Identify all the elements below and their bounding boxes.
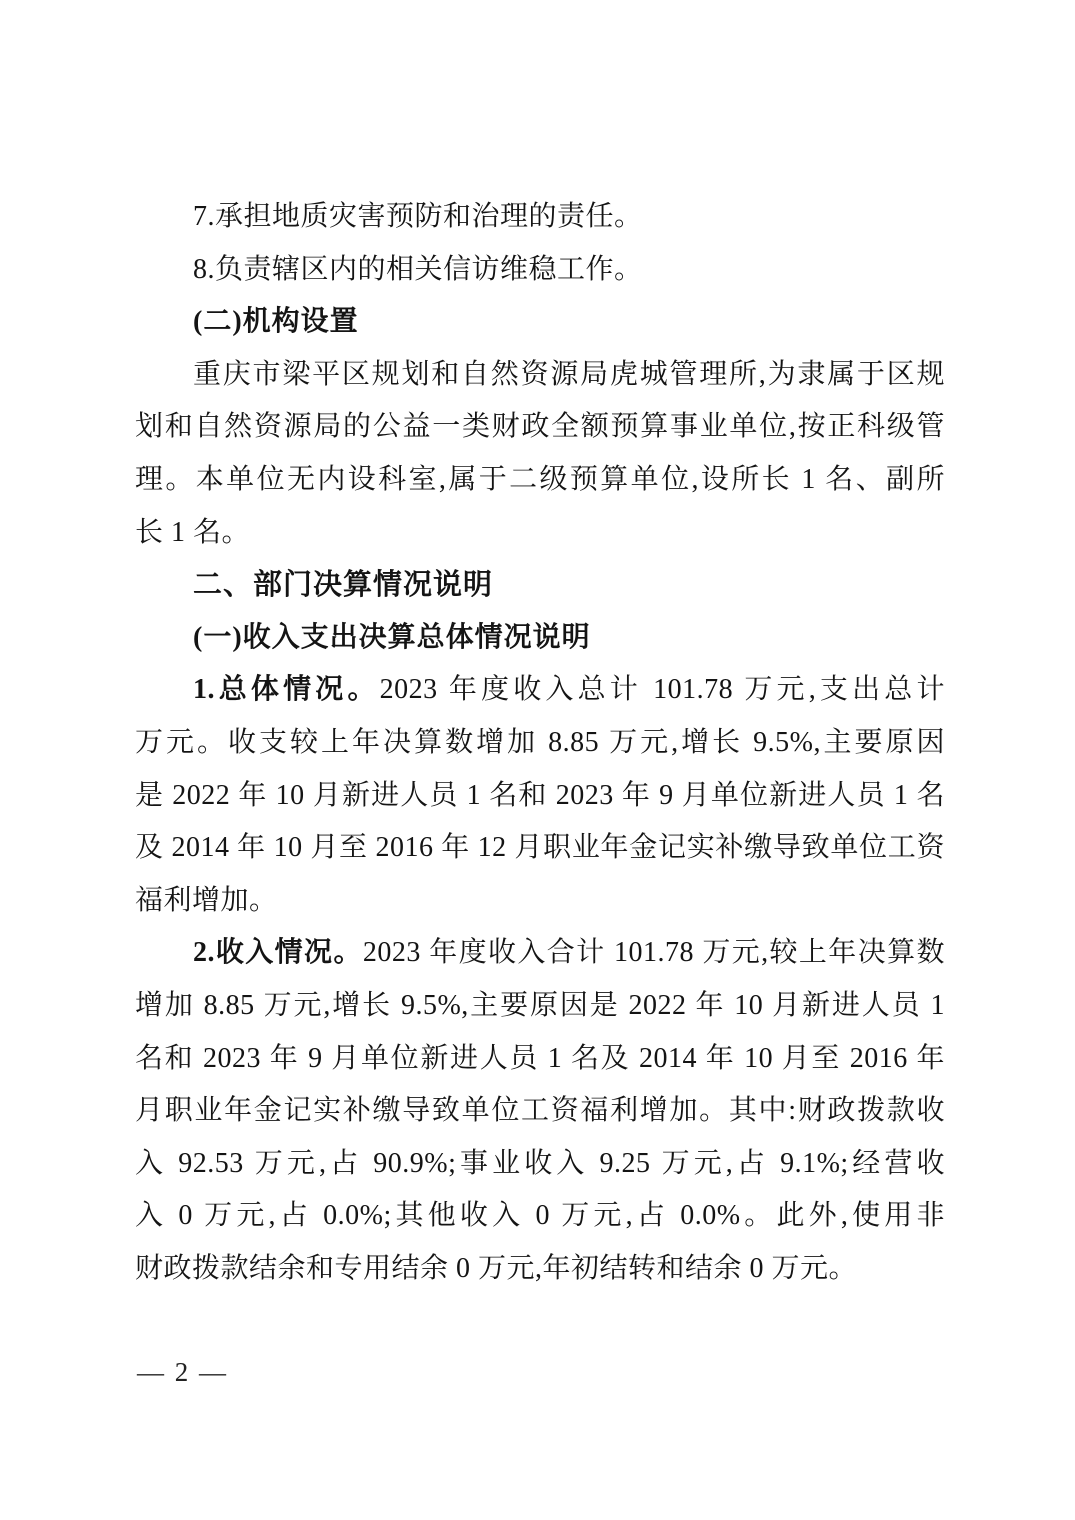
line-text: 及 2014 年 10 月至 2016 年 12 月职业年金记实补缴导致单位工资 — [135, 832, 945, 863]
document-page: 7.承担地质灾害预防和治理的责任。 8.负责辖区内的相关信访维稳工作。 (二)机… — [0, 0, 1075, 1520]
document-line: 名和 2023 年 9 月单位新进人员 1 名及 2014 年 10 月至 20… — [135, 1033, 945, 1086]
document-line: 福利增加。 — [135, 875, 945, 928]
line-text: 万元。收支较上年决算数增加 8.85 万元,增长 9.5%,主要原因 — [135, 727, 945, 758]
document-line: 是 2022 年 10 月新进人员 1 名和 2023 年 9 月单位新进人员 … — [135, 770, 945, 823]
line-text: 福利增加。 — [135, 885, 278, 916]
line-text: (一)收入支出决算总体情况说明 — [193, 622, 591, 653]
line-text: 7.承担地质灾害预防和治理的责任。 — [193, 201, 643, 232]
document-body: 7.承担地质灾害预防和治理的责任。 8.负责辖区内的相关信访维稳工作。 (二)机… — [135, 191, 945, 1295]
line-text: 理。本单位无内设科室,属于二级预算单位,设所长 1 名、副所 — [135, 464, 945, 495]
document-line: 理。本单位无内设科室,属于二级预算单位,设所长 1 名、副所 — [135, 454, 945, 507]
line-text: 增加 8.85 万元,增长 9.5%,主要原因是 2022 年 10 月新进人员… — [135, 990, 945, 1021]
line-lead-bold: 1.总体情况。 — [193, 674, 380, 705]
document-line: 8.负责辖区内的相关信访维稳工作。 — [135, 244, 945, 297]
document-line: 增加 8.85 万元,增长 9.5%,主要原因是 2022 年 10 月新进人员… — [135, 980, 945, 1033]
line-text: 重庆市梁平区规划和自然资源局虎城管理所,为隶属于区规 — [193, 359, 945, 390]
document-line: (一)收入支出决算总体情况说明 — [135, 612, 945, 665]
line-text: 8.负责辖区内的相关信访维稳工作。 — [193, 254, 643, 285]
line-text: 财政拨款结余和专用结余 0 万元,年初结转和结余 0 万元。 — [135, 1253, 857, 1284]
document-line: 及 2014 年 10 月至 2016 年 12 月职业年金记实补缴导致单位工资 — [135, 822, 945, 875]
line-lead-bold: 2.收入情况。 — [193, 937, 363, 968]
document-line: 划和自然资源局的公益一类财政全额预算事业单位,按正科级管 — [135, 401, 945, 454]
line-text: 名和 2023 年 9 月单位新进人员 1 名及 2014 年 10 月至 20… — [135, 1043, 945, 1086]
document-line: 1.总体情况。2023 年度收入总计 101.78 万元,支出总计 101.78 — [135, 664, 945, 717]
document-line: 重庆市梁平区规划和自然资源局虎城管理所,为隶属于区规 — [135, 349, 945, 402]
document-line: 财政拨款结余和专用结余 0 万元,年初结转和结余 0 万元。 — [135, 1243, 945, 1296]
document-line: 长 1 名。 — [135, 507, 945, 560]
document-line: (二)机构设置 — [135, 296, 945, 349]
line-text: 月职业年金记实补缴导致单位工资福利增加。其中:财政拨款收 — [135, 1095, 945, 1126]
document-line: 入 0 万元,占 0.0%;其他收入 0 万元,占 0.0%。此外,使用非 — [135, 1190, 945, 1243]
document-line: 二、部门决算情况说明 — [135, 559, 945, 612]
page-footer: — 2 — — [137, 1352, 228, 1392]
document-line: 万元。收支较上年决算数增加 8.85 万元,增长 9.5%,主要原因 — [135, 717, 945, 770]
line-text: 入 92.53 万元,占 90.9%;事业收入 9.25 万元,占 9.1%;经… — [135, 1148, 945, 1179]
line-text: 长 1 名。 — [135, 517, 250, 548]
line-text: 是 2022 年 10 月新进人员 1 名和 2023 年 9 月单位新进人员 … — [135, 780, 945, 811]
document-line: 2.收入情况。2023 年度收入合计 101.78 万元,较上年决算数 — [135, 927, 945, 980]
line-text: 划和自然资源局的公益一类财政全额预算事业单位,按正科级管 — [135, 411, 945, 442]
document-line: 7.承担地质灾害预防和治理的责任。 — [135, 191, 945, 244]
line-text: 二、部门决算情况说明 — [193, 569, 493, 601]
line-text: (二)机构设置 — [193, 306, 359, 337]
line-text: 2023 年度收入合计 101.78 万元,较上年决算数 — [363, 937, 945, 968]
page-number: — 2 — — [137, 1357, 228, 1387]
line-text: 入 0 万元,占 0.0%;其他收入 0 万元,占 0.0%。此外,使用非 — [135, 1200, 945, 1231]
document-line: 月职业年金记实补缴导致单位工资福利增加。其中:财政拨款收 — [135, 1085, 945, 1138]
document-line: 入 92.53 万元,占 90.9%;事业收入 9.25 万元,占 9.1%;经… — [135, 1138, 945, 1191]
